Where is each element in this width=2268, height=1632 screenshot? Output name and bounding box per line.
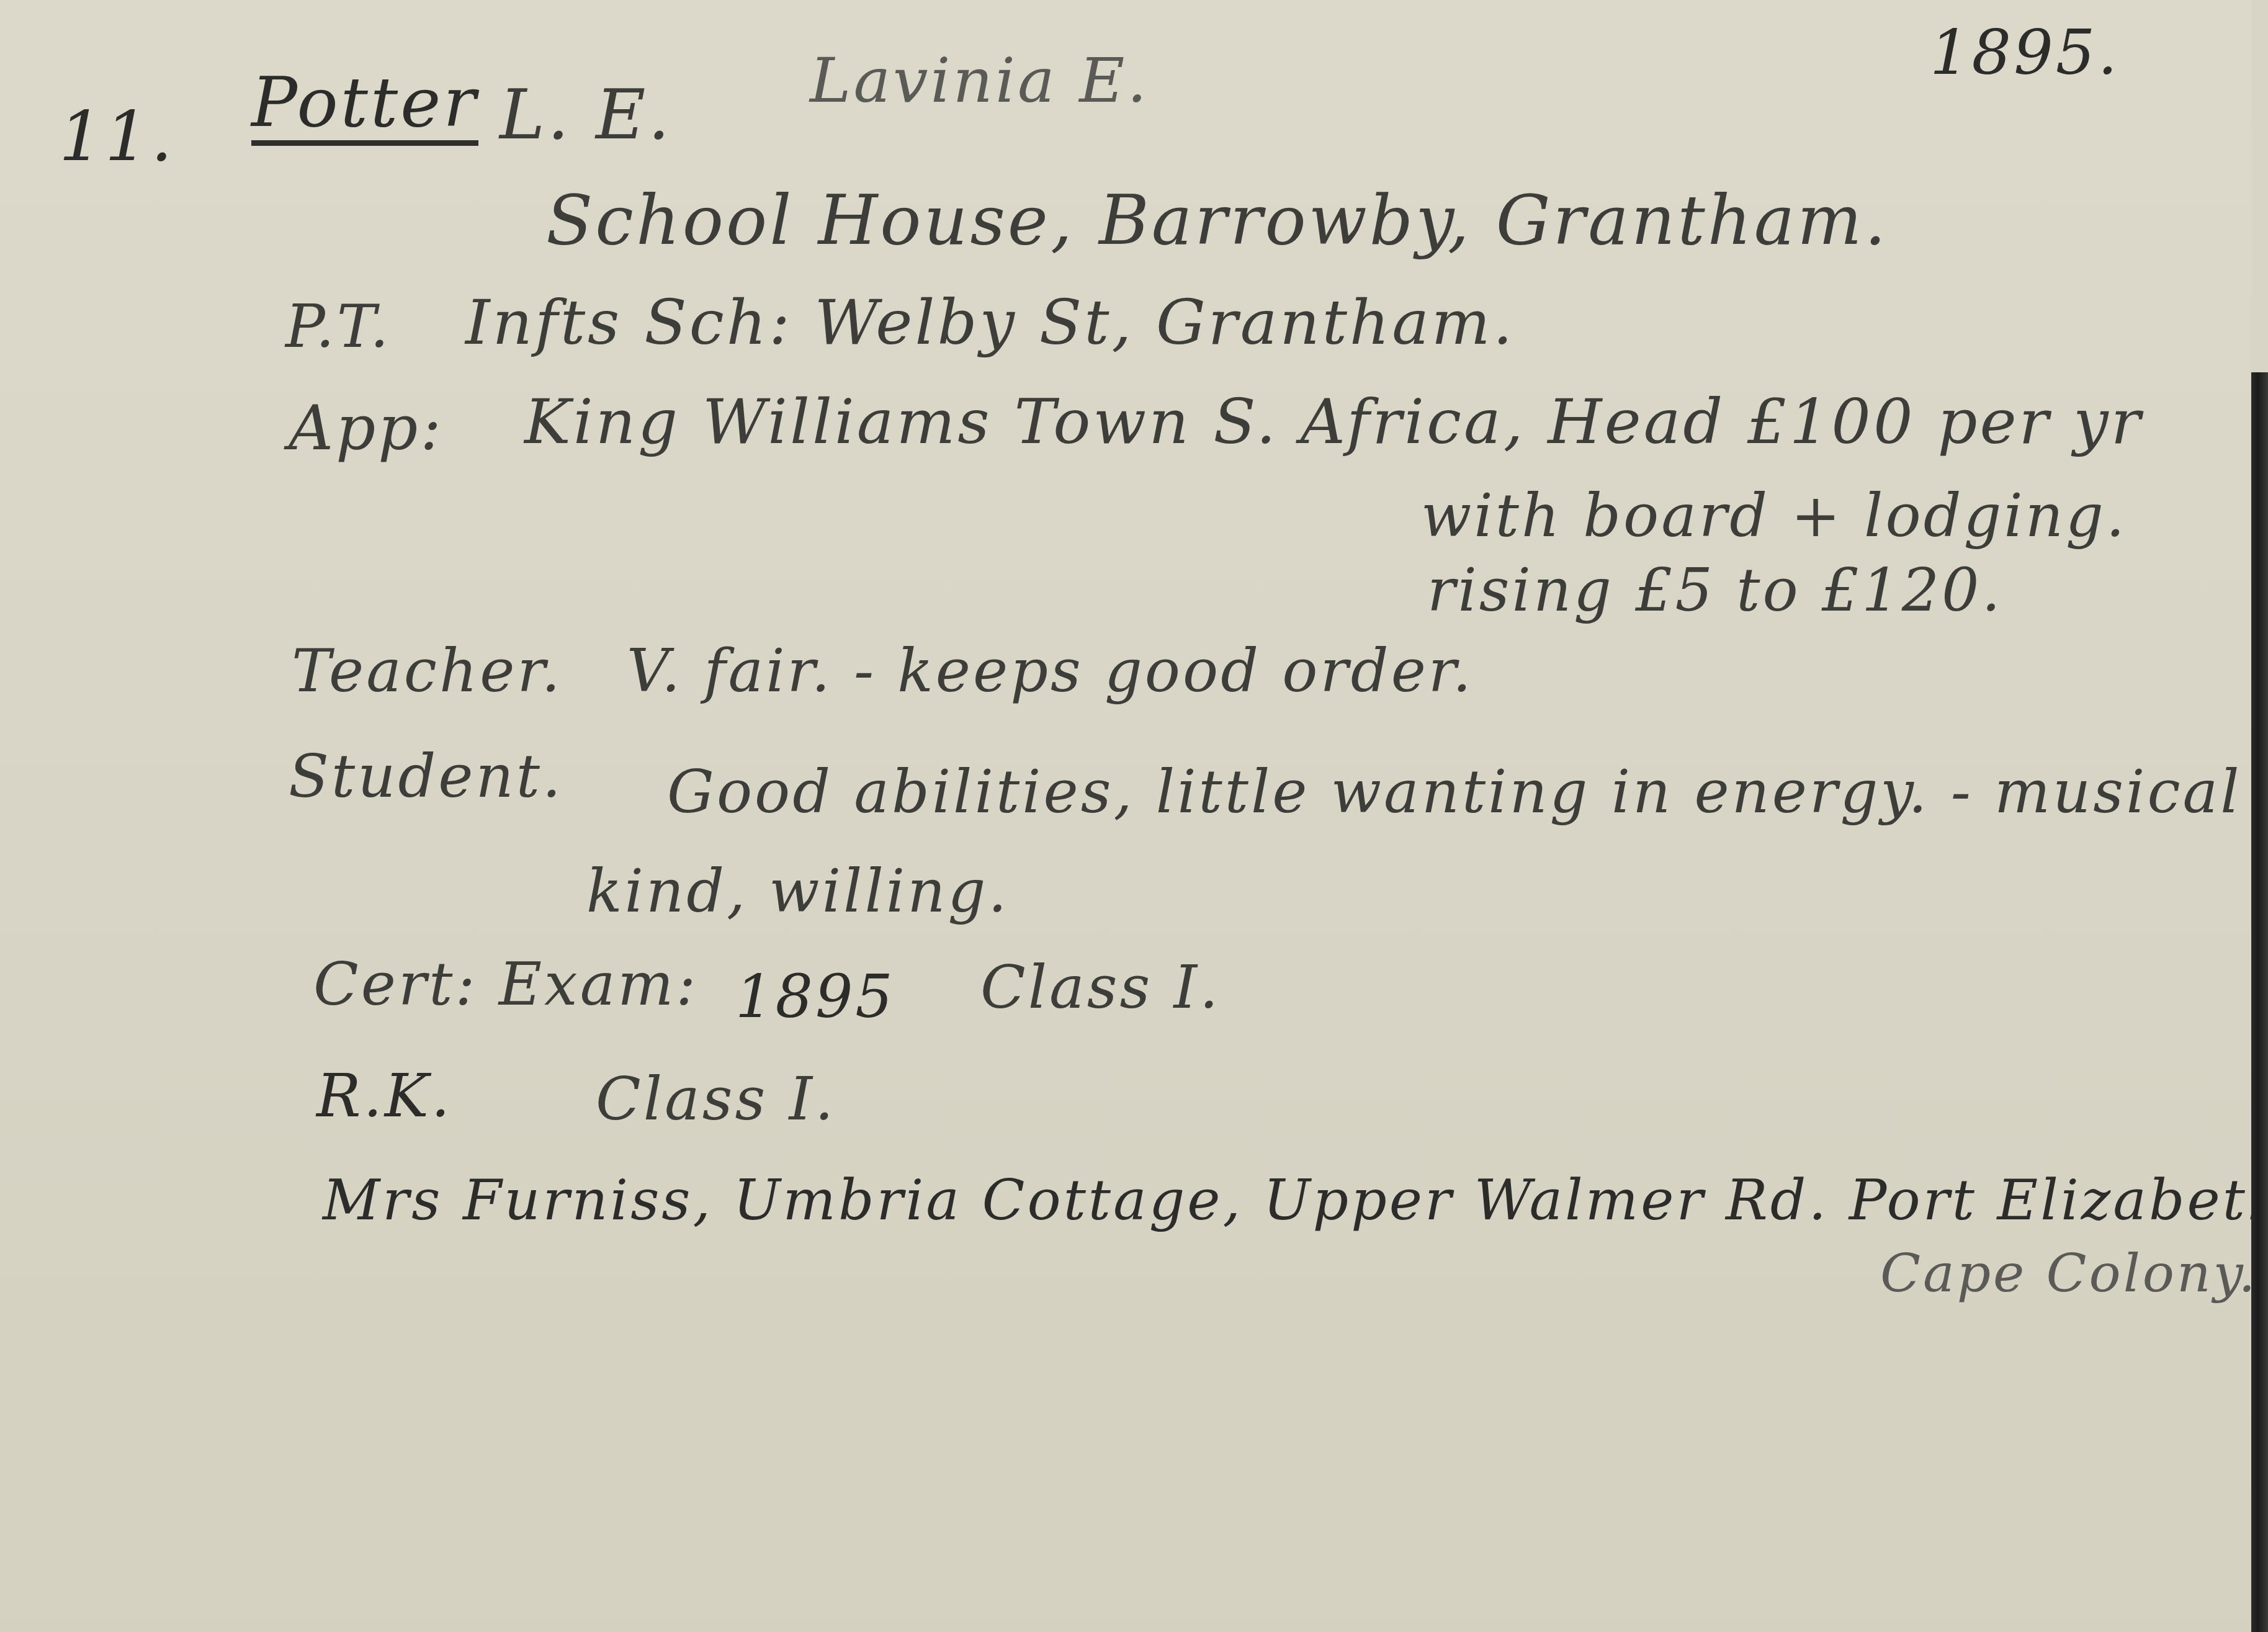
certificate-year: 1895 [735,968,895,1027]
initials: L. E. [500,81,672,149]
surname: Potter [251,68,478,146]
student-label: Student. [289,748,563,807]
appointment-line2: with board + lodging. [1421,487,2127,546]
entry-number: 11. [59,102,175,171]
teacher-assessment: V. fair. - keeps good order. [627,642,1474,701]
student-line2: kind, willing. [586,863,1009,921]
rk-class: Class I. [596,1070,836,1129]
appointment-line1: King Williams Town S. Africa, Head £100 … [524,391,2143,453]
record-year: 1895. [1930,22,2120,84]
certificate-label: Cert: Exam: [313,956,698,1015]
register-card: 11. Potter L. E. Lavinia E. 1895. School… [0,0,2251,1632]
home-address: School House, Barrowby, Grantham. [546,186,1889,254]
later-address-line1: Mrs Furniss, Umbria Cottage, Upper Walme… [323,1173,2268,1229]
given-names: Lavinia E. [810,50,1149,112]
pt-school: Infts Sch: Welby St, Grantham. [465,292,1515,354]
student-line1: Good abilities, little wanting in energy… [667,763,2242,822]
pt-label: P.T. [285,298,391,357]
rk-label: R.K. [316,1067,452,1126]
page-edge-shadow [2251,372,2268,1632]
later-address-line2: Cape Colony. [1880,1247,2258,1300]
appointment-label: App: [289,397,444,459]
appointment-line3: rising £5 to £120. [1427,562,2003,621]
teacher-label: Teacher. [292,642,563,701]
certificate-class: Class I. [980,959,1221,1018]
